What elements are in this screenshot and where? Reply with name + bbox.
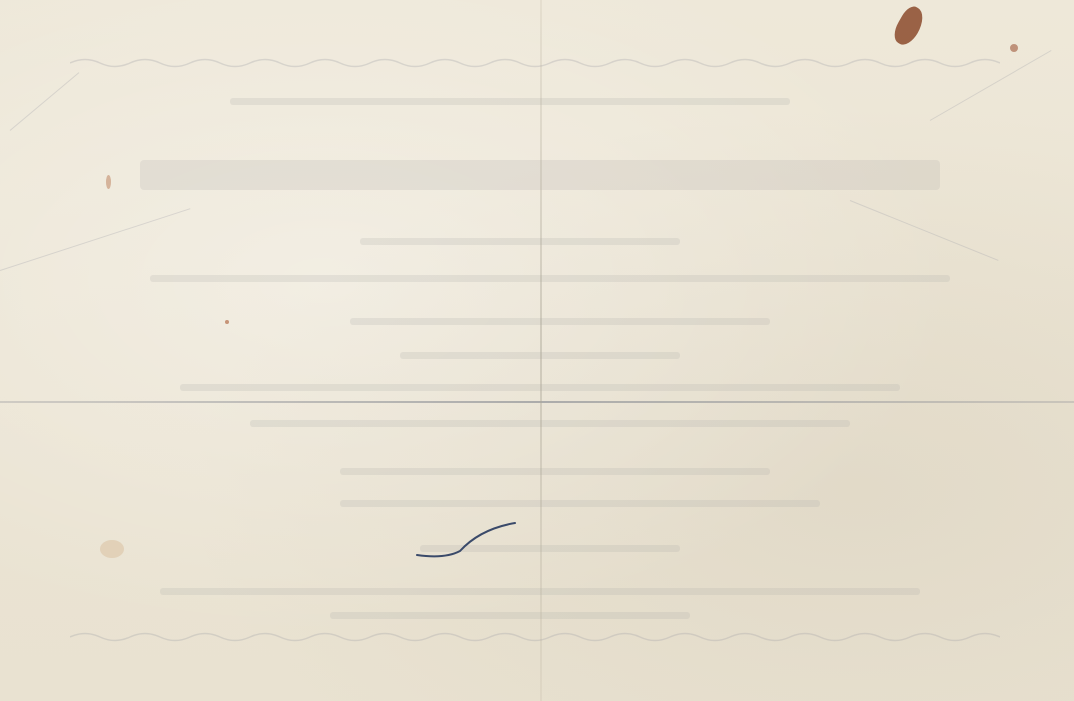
vertical-fold-crease	[540, 0, 542, 701]
ink-pen-stroke	[415, 515, 525, 565]
ghost-text-line	[350, 318, 770, 325]
ghost-text-line	[340, 500, 820, 507]
ghost-text-line	[250, 420, 850, 427]
ghost-text-line	[330, 612, 690, 619]
ghost-text-line	[230, 98, 790, 105]
rust-stain	[225, 320, 229, 324]
rust-stain	[1010, 44, 1018, 52]
rust-stain	[100, 540, 124, 558]
rust-stain	[889, 3, 928, 49]
paper-wrinkle	[850, 200, 999, 261]
ghost-text-line	[360, 238, 680, 245]
ghost-text-line	[340, 468, 770, 475]
paper-wrinkle	[0, 208, 190, 271]
paper-wrinkle	[10, 72, 80, 131]
horizontal-fold-crease	[0, 401, 1074, 403]
ghost-text-line	[150, 275, 950, 282]
decorative-wave-border	[70, 630, 1000, 644]
decorative-wave-border	[70, 56, 1000, 70]
worn-paper-surface	[0, 0, 1074, 701]
rust-stain	[106, 175, 111, 189]
